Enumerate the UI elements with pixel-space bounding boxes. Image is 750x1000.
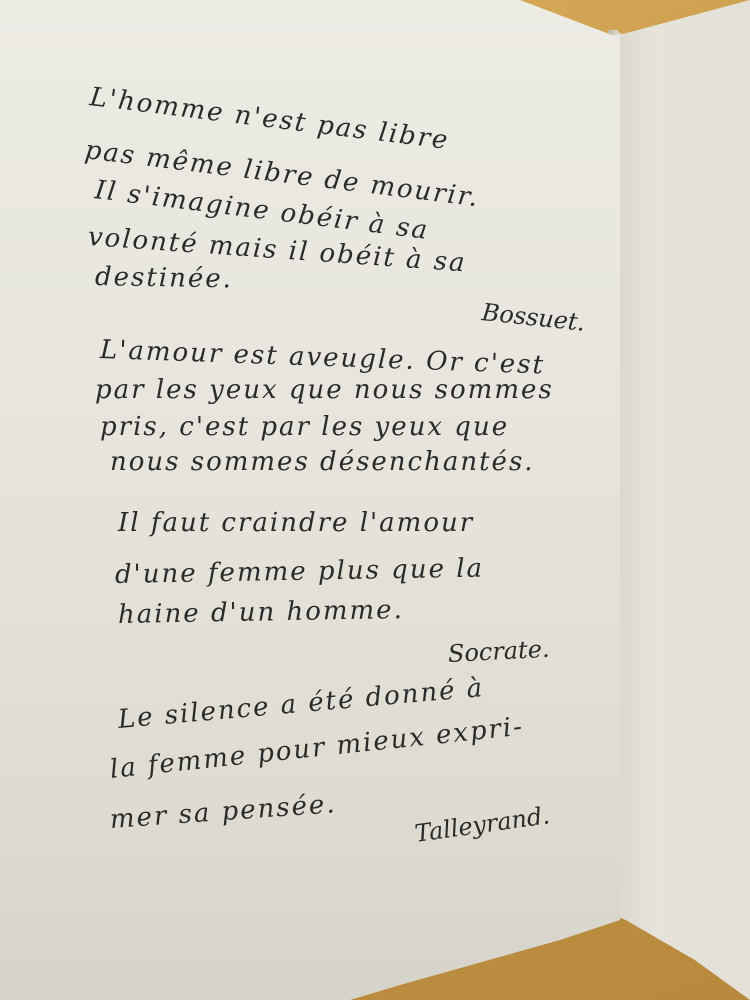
quote-line: nous sommes désenchantés. (110, 447, 535, 477)
quote-line: d'une femme plus que la (115, 554, 485, 590)
quote-line: mer sa pensée. (109, 789, 338, 835)
quote-author: Socrate. (447, 635, 550, 668)
quote-line: Il faut craindre l'amour (118, 508, 474, 538)
quote-author: Talleyrand. (413, 801, 551, 848)
quote-author: Bossuet. (481, 298, 587, 337)
quote-line: haine d'un homme. (118, 595, 404, 630)
quote-line: pris, c'est par les yeux que (100, 412, 509, 442)
quote-line: L'amour est aveugle. Or c'est (99, 335, 545, 381)
handwritten-text: L'homme n'est pas libre pas même libre d… (0, 0, 750, 1000)
quote-line: destinée. (95, 262, 233, 294)
quote-line: par les yeux que nous sommes (95, 375, 554, 405)
